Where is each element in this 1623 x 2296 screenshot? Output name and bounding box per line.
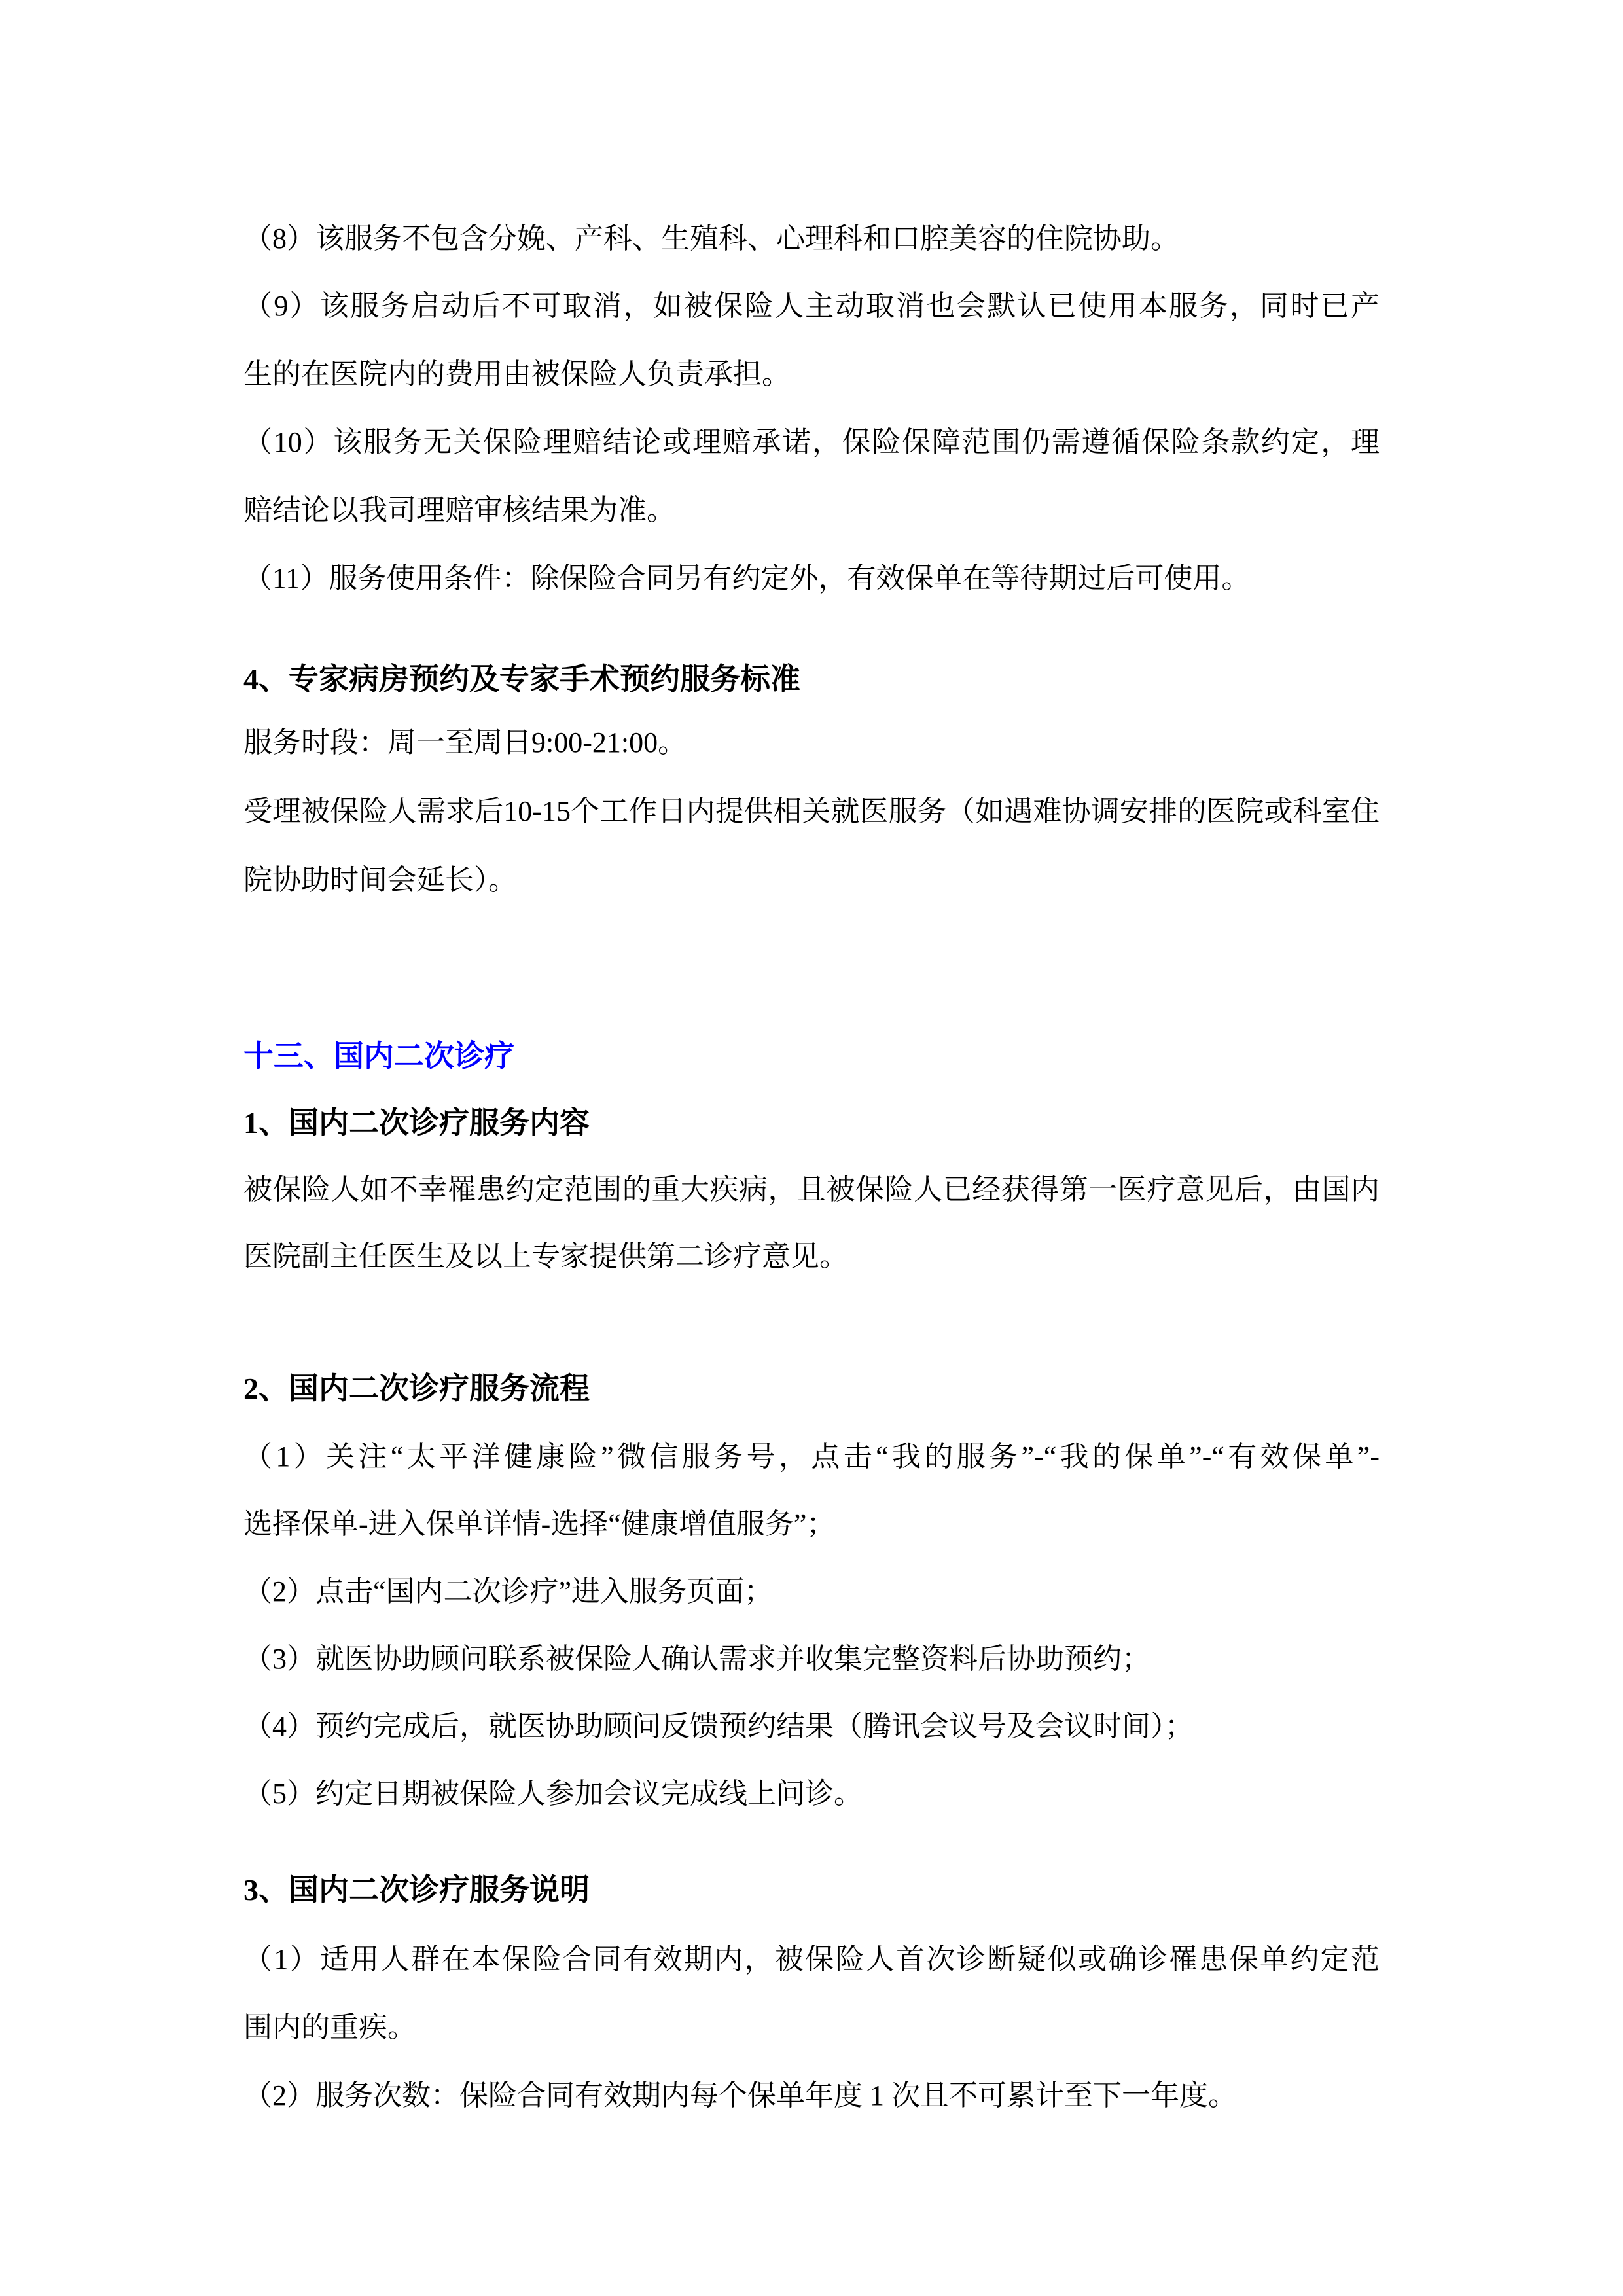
paragraph-text-line: 服务时段：周一至周日9:00-21:00。 (243, 709, 687, 777)
sub-section-heading: 4、专家病房预约及专家手术预约服务标准 (243, 645, 800, 713)
paragraph-text-line: （2）服务次数：保险合同有效期内每个保单年度 1 次且不可累计至下一年度。 (243, 2062, 1237, 2130)
paragraph-text-line: （8）该服务不包含分娩、产科、生殖科、心理科和口腔美容的住院协助。 (243, 205, 1179, 273)
paragraph-text-line: 选择保单-进入保单详情-选择“健康增值服务”； (243, 1490, 835, 1558)
paragraph-text-line: （3）就医协助顾问联系被保险人确认需求并收集完整资料后协助预约； (243, 1625, 1150, 1693)
paragraph-text-line: （1）适用人群在本保险合同有效期内，被保险人首次诊断疑似或确诊罹患保单约定范 (243, 1926, 1380, 1994)
sub-section-heading: 1、国内二次诊疗服务内容 (243, 1089, 590, 1157)
paragraph-text-line: （10）该服务无关保险理赔结论或理赔承诺，保险保障范围仍需遵循保险条款约定，理 (243, 408, 1380, 476)
paragraph-text-line: （9）该服务启动后不可取消，如被保险人主动取消也会默认已使用本服务，同时已产 (243, 272, 1380, 340)
paragraph-text-line: 受理被保险人需求后10-15个工作日内提供相关就医服务（如遇难协调安排的医院或科… (243, 778, 1380, 846)
sub-section-heading: 3、国内二次诊疗服务说明 (243, 1856, 590, 1924)
paragraph-text-line: （11）服务使用条件：除保险合同另有约定外，有效保单在等待期过后可使用。 (243, 545, 1250, 613)
paragraph-text-line: 被保险人如不幸罹患约定范围的重大疾病，且被保险人已经获得第一医疗意见后，由国内 (243, 1156, 1380, 1224)
paragraph-text-line: 围内的重疾。 (243, 1994, 416, 2062)
document-page: （8）该服务不包含分娩、产科、生殖科、心理科和口腔美容的住院协助。（9）该服务启… (0, 0, 1623, 2296)
paragraph-text-line: （5）约定日期被保险人参加会议完成线上问诊。 (243, 1760, 863, 1828)
paragraph-text-line: （2）点击“国内二次诊疗”进入服务页面； (243, 1558, 773, 1626)
paragraph-text-line: 赔结论以我司理赔审核结果为准。 (243, 476, 675, 545)
paragraph-text-line: 院协助时间会延长）。 (243, 846, 517, 914)
sub-section-heading: 2、国内二次诊疗服务流程 (243, 1355, 590, 1423)
paragraph-text-line: 医院副主任医生及以上专家提供第二诊疗意见。 (243, 1223, 848, 1291)
paragraph-text-line: （1）关注“太平洋健康险”微信服务号，点击“我的服务”-“我的保单”-“有效保单… (243, 1423, 1380, 1491)
paragraph-text-line: 生的在医院内的费用由被保险人负责承担。 (243, 340, 791, 408)
paragraph-text-line: （4）预约完成后，就医协助顾问反馈预约结果（腾讯会议号及会议时间）； (243, 1693, 1194, 1761)
section-heading-blue: 十三、国内二次诊疗 (243, 1022, 514, 1090)
